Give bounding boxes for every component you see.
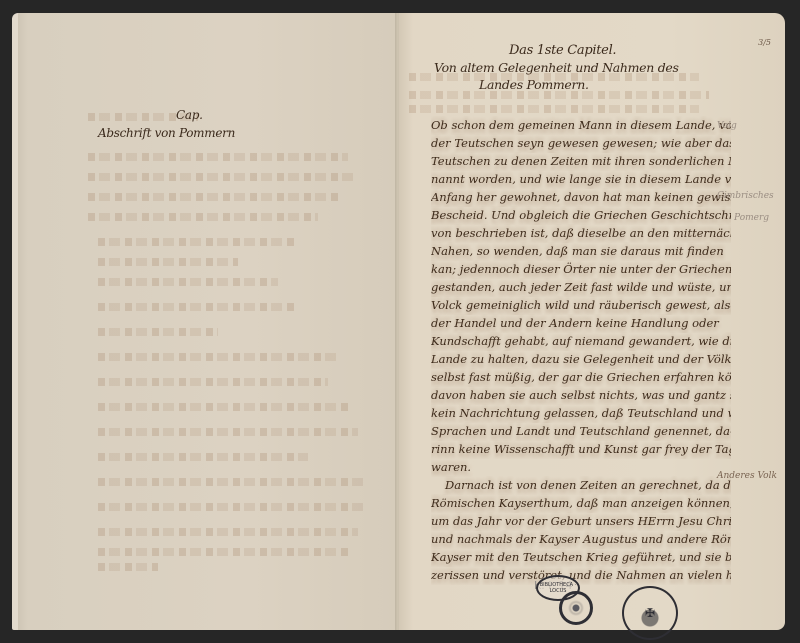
bleed-through-line (88, 213, 318, 221)
bleed-through-line (98, 548, 348, 556)
body-line: und nachmals der Kayser Augustus und and… (431, 530, 731, 549)
body-line: Kayser mit den Teutschen Krieg geführet,… (431, 548, 731, 567)
body-line: Darnach ist von denen Zeiten an gerechne… (431, 476, 731, 495)
bleed-through-line (88, 173, 358, 181)
body-line: Teutschen zu denen Zeiten mit ihren sond… (431, 152, 731, 171)
bleed-through-line (98, 278, 278, 286)
bleed-through-line (409, 73, 699, 81)
body-line: Sprachen und Landt und Teutschland genen… (431, 422, 731, 441)
bleed-through-line (98, 378, 328, 386)
bleed-through-line (98, 503, 368, 511)
margin-note: Anderes Volk (717, 471, 777, 481)
bleed-through-line (98, 453, 308, 461)
left-heading-line: Abschrift von Pommern (98, 126, 235, 140)
body-line: nannt worden, und wie lange sie in diese… (431, 170, 731, 189)
body-line: der Handel und der Andern keine Handlung… (431, 314, 731, 333)
margin-note: Pomerg (734, 213, 769, 223)
eagle-emblem-icon: ✠ (645, 606, 655, 620)
margin-note: Volg (717, 121, 737, 131)
body-line: der Teutschen seyn gewesen gewesen; wie … (431, 134, 731, 153)
body-line: um das Jahr vor der Geburt unsers HErrn … (431, 512, 731, 531)
bleed-through-line (98, 353, 338, 361)
chapter-heading: Das 1ste Capitel. (509, 43, 616, 58)
body-line: Anfang her gewohnet, davon hat man keine… (431, 188, 731, 207)
small-round-stamp (559, 591, 593, 625)
body-line: Lande zu halten, dazu sie Gelegenheit un… (431, 350, 731, 369)
left-page: Cap. Abschrift von Pommern (12, 13, 397, 630)
body-line: kan; jedennoch dieser Örter nie unter de… (431, 260, 731, 279)
body-line: kein Nachrichtung gelassen, daß Teutschl… (431, 404, 731, 423)
right-page: 3/5 Das 1ste Capitel. Von altem Gelegenh… (399, 13, 785, 630)
bleed-through-line (98, 563, 158, 571)
body-line: Volck gemeiniglich wild und räuberisch g… (431, 296, 731, 315)
bleed-through-line (98, 403, 348, 411)
bleed-through-line (88, 153, 348, 161)
body-line: Ob schon dem gemeinen Mann in diesem Lan… (431, 116, 731, 135)
bleed-through-line (409, 105, 699, 113)
bleed-through-line (88, 193, 338, 201)
body-line: Bescheid. Und obgleich die Griechen Gesc… (431, 206, 731, 225)
body-line: von beschrieben ist, daß dieselbe an den… (431, 224, 731, 243)
body-line: rinn keine Wissenschafft und Kunst gar f… (431, 440, 731, 459)
body-line: davon haben sie auch selbst nichts, was … (431, 386, 731, 405)
bleed-through-line (98, 258, 238, 266)
page-number: 3/5 (758, 38, 771, 48)
body-line: selbst fast müßig, der gar die Griechen … (431, 368, 731, 387)
bleed-through-line (98, 528, 358, 536)
body-line: Kundschafft gehabt, auf niemand gewander… (431, 332, 731, 351)
body-line: zerissen und verstöret, und die Nahmen a… (431, 566, 731, 585)
body-line: Römischen Kayserthum, daß man anzeigen k… (431, 494, 731, 513)
archive-seal-stamp: ✠ (622, 586, 678, 640)
body-line: waren. (431, 458, 731, 477)
body-line: gestanden, auch jeder Zeit fast wilde un… (431, 278, 731, 297)
bleed-through-line (409, 91, 709, 99)
bleed-through-line (98, 428, 358, 436)
body-line: Nahen, so wenden, daß man sie daraus mit… (431, 242, 731, 261)
bleed-through-line (98, 238, 298, 246)
left-heading-mark: Cap. (176, 108, 203, 122)
margin-note: Cimbrisches (717, 191, 774, 201)
bleed-through-line (98, 328, 218, 336)
bleed-through-line (98, 303, 298, 311)
bleed-through-line (98, 478, 368, 486)
